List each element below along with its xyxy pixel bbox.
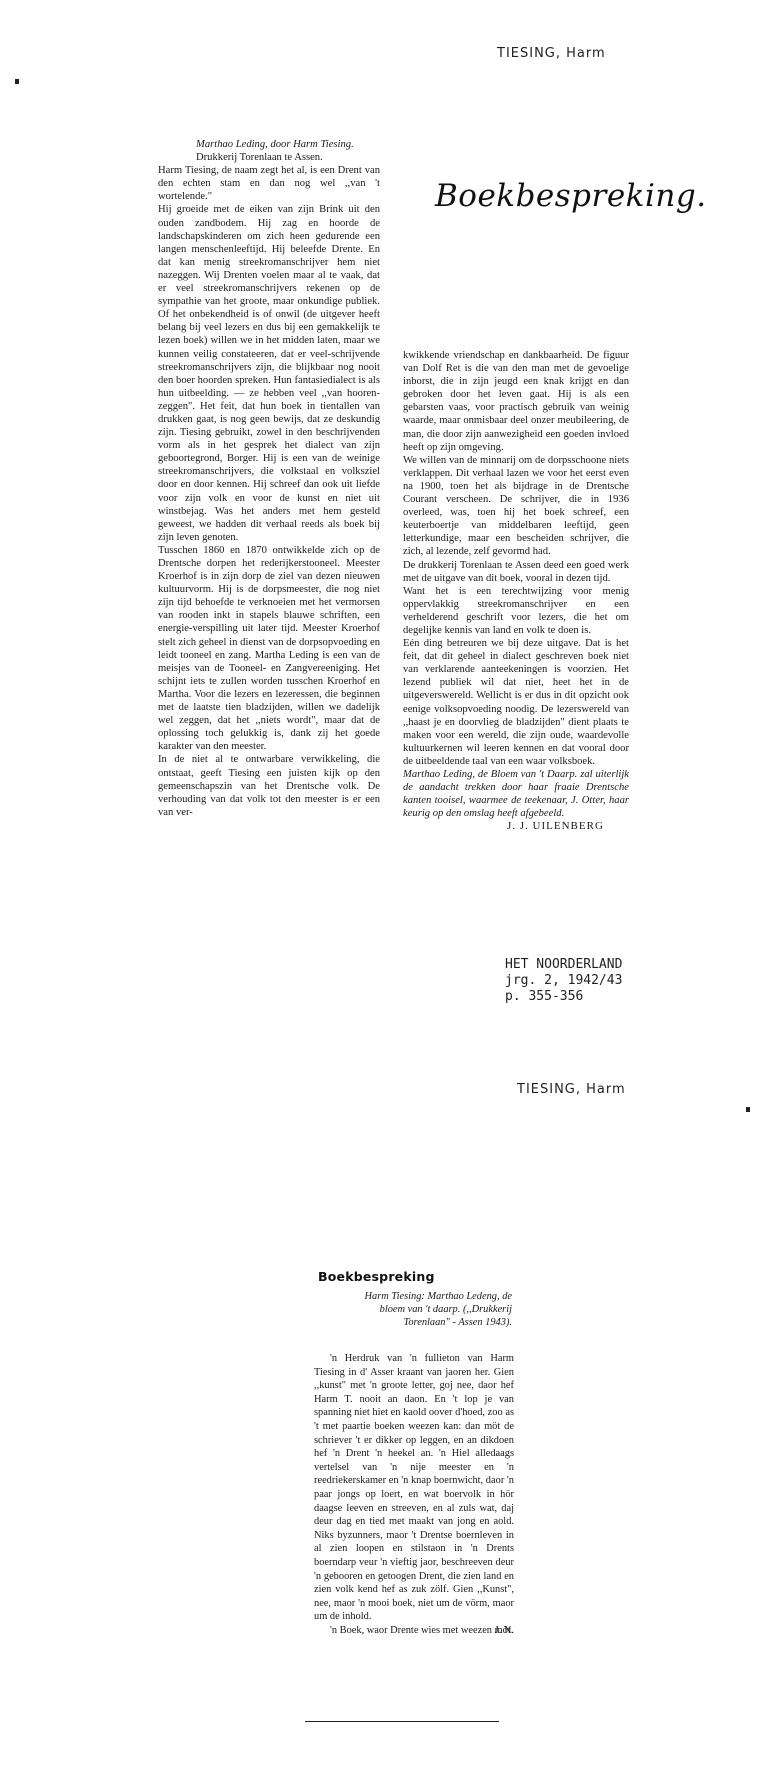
clipping-rule: [305, 1721, 499, 1722]
publisher-line: Drukkerij Torenlaan te Assen.: [196, 151, 380, 164]
book-title: Marthao Leding, door Harm Tiesing.: [196, 139, 354, 150]
clipping-subtitle: Harm Tiesing: Marthao Ledeng, de bloem v…: [352, 1290, 512, 1329]
right-paragraph: Want het is een terechtwijzing voor meni…: [403, 585, 629, 637]
right-paragraph: De drukkerij Torenlaan te Assen deed een…: [403, 559, 629, 585]
left-column: Marthao Leding, door Harm Tiesing. Drukk…: [158, 138, 380, 819]
left-paragraph: In de niet al te ontwarbare verwikkeling…: [158, 753, 380, 818]
left-paragraph: Harm Tiesing, de naam zegt het al, is ee…: [158, 164, 380, 203]
scan-speck: [15, 79, 19, 84]
clipping-title: Boekbespreking: [318, 1269, 435, 1284]
right-paragraph: We willen van de minnarij om de dorpssch…: [403, 454, 629, 559]
right-column: kwikkende vriendschap en dankbaarheid. D…: [403, 349, 629, 833]
right-paragraph: Eén ding betreuren we bij deze uitgave. …: [403, 637, 629, 768]
right-paragraph: Marthao Leding, de Bloem van 't Daarp. z…: [403, 768, 629, 820]
intro: Marthao Leding, door Harm Tiesing. Drukk…: [158, 138, 380, 164]
page2-header-name: TIESING, Harm: [517, 1082, 626, 1097]
source-citation: HET NOORDERLANDjrg. 2, 1942/43p. 355-356: [505, 957, 622, 1005]
left-paragraph: Hij groeide met de eiken van zijn Brink …: [158, 203, 380, 543]
source-publication: HET NOORDERLAND: [505, 957, 622, 973]
review-title: Boekbespreking.: [435, 178, 707, 214]
right-paragraph: kwikkende vriendschap en dankbaarheid. D…: [403, 349, 629, 454]
clipping-paragraph: 'n Boek, waor Drente wies met weezen möt…: [314, 1624, 514, 1638]
clipping-paragraph: 'n Herdruk van 'n fullieton van Harm Tie…: [314, 1352, 514, 1624]
page1-header-name: TIESING, Harm: [497, 46, 606, 61]
scan-speck: [746, 1107, 750, 1112]
source-volume: jrg. 2, 1942/43: [505, 973, 622, 989]
signature: J. J. UILENBERG: [403, 820, 629, 833]
left-paragraph: Tusschen 1860 en 1870 ontwikkelde zich o…: [158, 544, 380, 754]
clipping-body: 'n Herdruk van 'n fullieton van Harm Tie…: [314, 1352, 514, 1638]
source-pages: p. 355-356: [505, 989, 622, 1005]
clipping-subtitle-text: Harm Tiesing: Marthao Ledeng, de bloem v…: [365, 1291, 512, 1328]
